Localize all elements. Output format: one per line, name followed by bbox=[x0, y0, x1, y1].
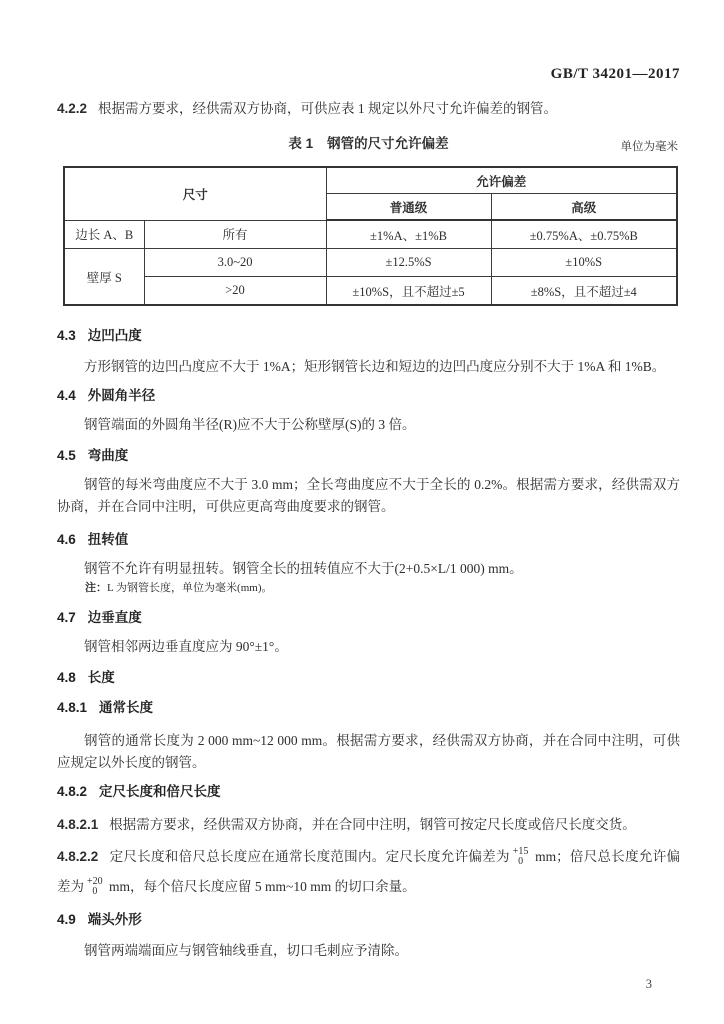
note-text: L 为钢管长度，单位为毫米(mm)。 bbox=[107, 582, 273, 594]
section-number: 4.3 bbox=[57, 328, 76, 343]
table-cell-range: 3.0~20 bbox=[144, 249, 326, 277]
table-cell-range: >20 bbox=[144, 277, 326, 306]
paragraph-4-3: 方形钢管的边凹凸度应不大于 1%A；矩形钢管长边和短边的边凹凸度应分别不大于 1… bbox=[57, 356, 680, 378]
tolerance-stack: +150 bbox=[513, 847, 529, 867]
paragraph-text: 定尺长度和倍尺总长度应在通常长度范围内。定尺长度允许偏差为 bbox=[109, 849, 509, 864]
tolerance-stack: +200 bbox=[87, 877, 103, 897]
section-title: 外圆角半径 bbox=[88, 388, 156, 403]
table-caption-label: 表 1 bbox=[288, 136, 313, 151]
section-title: 扭转值 bbox=[88, 532, 129, 547]
heading-4-3: 4.3边凹凸度 bbox=[57, 326, 680, 346]
heading-4-6: 4.6扭转值 bbox=[57, 530, 680, 550]
tolerance-table: 尺寸 允许偏差 普通级 高级 边长 A、B 所有 ±1%A、±1%B ±0.75… bbox=[63, 166, 678, 306]
heading-4-8-2: 4.8.2定尺长度和倍尺长度 bbox=[57, 782, 680, 802]
section-number: 4.4 bbox=[57, 388, 76, 403]
paragraph-4-2-2: 4.2.2根据需方要求，经供需双方协商，可供应表 1 规定以外尺寸允许偏差的钢管… bbox=[57, 98, 680, 120]
table-row: 壁厚 S 3.0~20 ±12.5%S ±10%S bbox=[64, 249, 677, 277]
section-title: 弯曲度 bbox=[88, 448, 129, 463]
paragraph-4-4: 钢管端面的外圆角半径(R)应不大于公称壁厚(S)的 3 倍。 bbox=[57, 414, 680, 436]
section-title: 边凹凸度 bbox=[88, 328, 142, 343]
table-cell-dim: 边长 A、B bbox=[64, 220, 144, 249]
table-header-dimension: 尺寸 bbox=[64, 167, 326, 220]
table-unit-note: 单位为毫米 bbox=[621, 137, 679, 157]
page-content: 4.2.2根据需方要求，经供需双方协商，可供应表 1 规定以外尺寸允许偏差的钢管… bbox=[0, 0, 724, 962]
paragraph-4-9: 钢管两端端面应与钢管轴线垂直，切口毛刺应予清除。 bbox=[57, 940, 680, 962]
heading-4-8: 4.8长度 bbox=[57, 668, 680, 688]
page-number: 3 bbox=[646, 977, 652, 992]
section-title: 通常长度 bbox=[99, 700, 153, 715]
section-number: 4.7 bbox=[57, 610, 76, 625]
paragraph-text: 根据需方要求，经供需双方协商，可供应表 1 规定以外尺寸允许偏差的钢管。 bbox=[98, 101, 557, 116]
section-number: 4.8.2.2 bbox=[57, 849, 98, 864]
note-label: 注： bbox=[85, 582, 107, 594]
section-number: 4.9 bbox=[57, 912, 76, 927]
paragraph-4-8-2-1: 4.8.2.1根据需方要求，经供需双方协商，并在合同中注明，钢管可按定尺长度或倍… bbox=[57, 814, 680, 836]
paragraph-4-8-1: 钢管的通常长度为 2 000 mm~12 000 mm。根据需方要求，经供需双方… bbox=[57, 730, 680, 774]
document-page: GB/T 34201—2017 4.2.2根据需方要求，经供需双方协商，可供应表… bbox=[0, 0, 724, 1024]
paragraph-4-7: 钢管相邻两边垂直度应为 90°±1°。 bbox=[57, 636, 680, 658]
table-cell-high: ±8%S，且不超过±4 bbox=[491, 277, 677, 306]
heading-4-7: 4.7边垂直度 bbox=[57, 608, 680, 628]
section-number: 4.8 bbox=[57, 670, 76, 685]
table-caption-title: 钢管的尺寸允许偏差 bbox=[327, 136, 449, 151]
paragraph-text: 根据需方要求，经供需双方协商，并在合同中注明，钢管可按定尺长度或倍尺长度交货。 bbox=[109, 817, 636, 832]
table-cell-normal: ±12.5%S bbox=[326, 249, 491, 277]
section-number: 4.5 bbox=[57, 448, 76, 463]
section-number: 4.8.2 bbox=[57, 784, 87, 799]
table-caption-text: 表 1钢管的尺寸允许偏差 bbox=[288, 136, 448, 151]
note-4-6: 注：L 为钢管长度，单位为毫米(mm)。 bbox=[57, 580, 680, 596]
section-number: 4.8.2.1 bbox=[57, 817, 98, 832]
heading-4-4: 4.4外圆角半径 bbox=[57, 386, 680, 406]
section-title: 边垂直度 bbox=[88, 610, 142, 625]
table-cell-range: 所有 bbox=[144, 220, 326, 249]
section-number: 4.2.2 bbox=[57, 101, 87, 116]
heading-4-8-1: 4.8.1通常长度 bbox=[57, 698, 680, 718]
table-cell-high: ±10%S bbox=[491, 249, 677, 277]
section-title: 定尺长度和倍尺长度 bbox=[99, 784, 221, 799]
heading-4-5: 4.5弯曲度 bbox=[57, 446, 680, 466]
paragraph-4-6: 钢管不允许有明显扭转。钢管全长的扭转值应不大于(2+0.5×L/1 000) m… bbox=[57, 558, 680, 580]
section-number: 4.8.1 bbox=[57, 700, 87, 715]
table-caption: 表 1钢管的尺寸允许偏差 单位为毫米 bbox=[57, 134, 680, 154]
table-cell-normal: ±10%S，且不超过±5 bbox=[326, 277, 491, 306]
table-cell-normal: ±1%A、±1%B bbox=[326, 220, 491, 249]
tolerance-lower: 0 bbox=[518, 857, 523, 867]
tolerance-lower: 0 bbox=[92, 887, 97, 897]
heading-4-9: 4.9端头外形 bbox=[57, 910, 680, 930]
section-title: 长度 bbox=[88, 670, 115, 685]
table-row: >20 ±10%S，且不超过±5 ±8%S，且不超过±4 bbox=[64, 277, 677, 306]
paragraph-text: mm，每个倍尺长度应留 5 mm~10 mm 的切口余量。 bbox=[106, 879, 416, 894]
table-cell-dim: 壁厚 S bbox=[64, 249, 144, 306]
table-cell-high: ±0.75%A、±0.75%B bbox=[491, 220, 677, 249]
table-header-high-grade: 高级 bbox=[491, 194, 677, 221]
paragraph-4-8-2-2: 4.8.2.2定尺长度和倍尺总长度应在通常长度范围内。定尺长度允许偏差为+150… bbox=[57, 842, 680, 902]
section-title: 端头外形 bbox=[88, 912, 142, 927]
table-header-tolerance: 允许偏差 bbox=[326, 167, 677, 194]
table-row: 边长 A、B 所有 ±1%A、±1%B ±0.75%A、±0.75%B bbox=[64, 220, 677, 249]
table-header-normal-grade: 普通级 bbox=[326, 194, 491, 221]
section-number: 4.6 bbox=[57, 532, 76, 547]
paragraph-4-5: 钢管的每米弯曲度应不大于 3.0 mm；全长弯曲度应不大于全长的 0.2%。根据… bbox=[57, 474, 680, 518]
